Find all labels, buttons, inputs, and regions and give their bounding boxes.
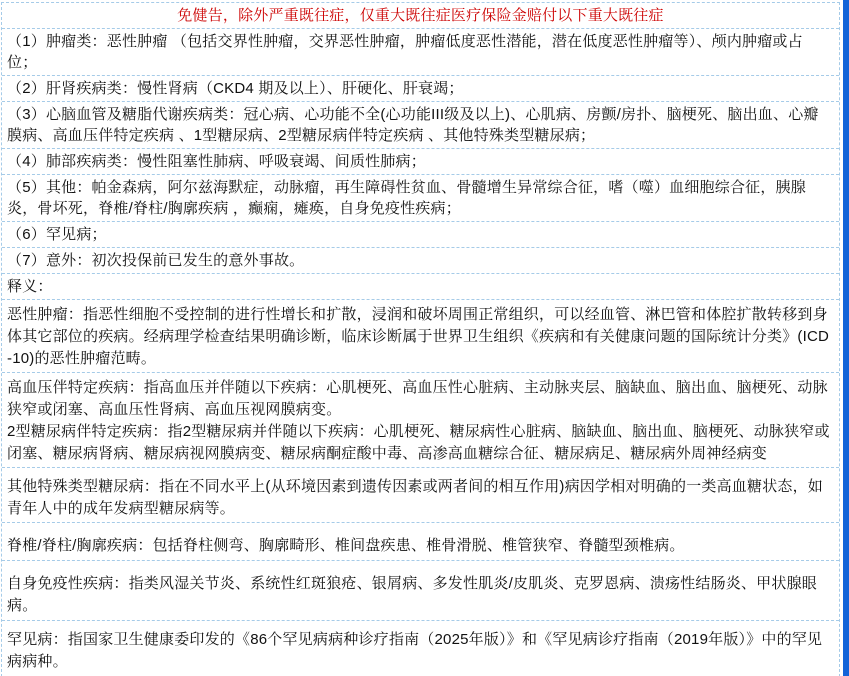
- right-edge-accent-bar: [843, 0, 849, 676]
- definition-hypertension-and-type2-diabetes: 高血压伴特定疾病：指高血压并伴随以下疾病：心肌梗死、高血压性心脏病、主动脉夹层、…: [2, 373, 839, 468]
- definitions-heading: 释义：: [2, 274, 839, 300]
- definition-malignant-tumor: 恶性肿瘤：指恶性细胞不受控制的进行性增长和扩散，浸润和破坏周围正常组织，可以经血…: [2, 300, 839, 373]
- exclusion-item-3: （3）心脑血管及糖脂代谢疾病类：冠心病、心功能不全(心功能III级及以上)、心肌…: [2, 102, 839, 149]
- exclusion-item-6: （6）罕见病；: [2, 222, 839, 248]
- exclusion-item-4: （4）肺部疾病类：慢性阻塞性肺病、呼吸衰竭、间质性肺病；: [2, 149, 839, 175]
- definition-other-special-diabetes: 其他特殊类型糖尿病：指在不同水平上(从环境因素到遗传因素或两者间的相互作用)病因…: [2, 468, 839, 523]
- definition-rare-disease: 罕见病：指国家卫生健康委印发的《86个罕见病病种诊疗指南（2025年版）》和《罕…: [2, 621, 839, 676]
- notice-title: 免健告，除外严重既往症，仅重大既往症医疗保险金赔付以下重大既往症: [2, 3, 839, 29]
- exclusion-notice-table: 免健告，除外严重既往症，仅重大既往症医疗保险金赔付以下重大既往症 （1）肿瘤类：…: [1, 2, 840, 676]
- exclusion-item-1: （1）肿瘤类：恶性肿瘤 （包括交界性肿瘤，交界恶性肿瘤，肿瘤低度恶性潜能，潜在低…: [2, 29, 839, 76]
- exclusion-item-5: （5）其他：帕金森病，阿尔兹海默症，动脉瘤，再生障碍性贫血、骨髓增生异常综合征，…: [2, 175, 839, 222]
- exclusion-item-2: （2）肝肾疾病类：慢性肾病（CKD4 期及以上）、肝硬化、肝衰竭；: [2, 76, 839, 102]
- definition-type2-diabetes: 2型糖尿病伴特定疾病：指2型糖尿病并伴随以下疾病：心肌梗死、糖尿病性心脏病、脑缺…: [7, 421, 833, 465]
- definition-spine-chest-disease: 脊椎/脊柱/胸廓疾病：包括脊柱侧弯、胸廓畸形、椎间盘疾患、椎骨滑脱、椎管狭窄、脊…: [2, 523, 839, 561]
- exclusion-item-7: （7）意外：初次投保前已发生的意外事故。: [2, 248, 839, 274]
- definition-hypertension: 高血压伴特定疾病：指高血压并伴随以下疾病：心肌梗死、高血压性心脏病、主动脉夹层、…: [7, 377, 833, 421]
- definition-autoimmune-disease: 自身免疫性疾病：指类风湿关节炎、系统性红斑狼疮、银屑病、多发性肌炎/皮肌炎、克罗…: [2, 561, 839, 621]
